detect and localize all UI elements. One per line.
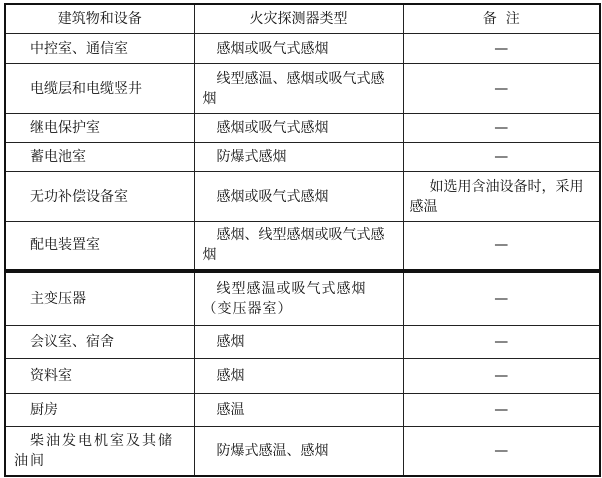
table-row: 电缆层和电缆竖井 线型感温、感烟或吸气式感烟 — xyxy=(5,64,600,114)
table-row: 柴油发电机室及其储油间 防爆式感温、感烟 — xyxy=(5,426,600,476)
table-row: 主变压器 线型感温或吸气式感烟（变压器室） — xyxy=(5,272,600,325)
cell-building: 会议室、宿舍 xyxy=(5,325,194,358)
cell-note: — xyxy=(403,426,600,476)
detector-table-part2: 主变压器 线型感温或吸气式感烟（变压器室） — 会议室、宿舍 感烟 — 资料室 … xyxy=(4,271,601,477)
cell-note: 如选用含油设备时，采用感温 xyxy=(403,172,600,222)
cell-detector: 线型感温、感烟或吸气式感烟 xyxy=(194,64,403,114)
cell-building: 主变压器 xyxy=(5,272,194,325)
cell-building: 电缆层和电缆竖井 xyxy=(5,64,194,114)
cell-building: 蓄电池室 xyxy=(5,143,194,172)
cell-detector: 感烟或吸气式感烟 xyxy=(194,114,403,143)
cell-note: — xyxy=(403,272,600,325)
cell-detector: 感烟、线型感烟或吸气式感烟 xyxy=(194,222,403,270)
cell-detector: 感烟或吸气式感烟 xyxy=(194,34,403,64)
cell-note: — xyxy=(403,143,600,172)
cell-detector: 感烟 xyxy=(194,325,403,358)
table-row: 配电装置室 感烟、线型感烟或吸气式感烟 — xyxy=(5,222,600,270)
cell-note: — xyxy=(403,358,600,393)
cell-building: 中控室、通信室 xyxy=(5,34,194,64)
table-row: 无功补偿设备室 感烟或吸气式感烟 如选用含油设备时，采用感温 xyxy=(5,172,600,222)
cell-detector: 防爆式感烟 xyxy=(194,143,403,172)
cell-note: — xyxy=(403,64,600,114)
cell-detector: 感烟 xyxy=(194,358,403,393)
cell-detector: 防爆式感温、感烟 xyxy=(194,426,403,476)
cell-building: 柴油发电机室及其储油间 xyxy=(5,426,194,476)
cell-building: 配电装置室 xyxy=(5,222,194,270)
table-row: 中控室、通信室 感烟或吸气式感烟 — xyxy=(5,34,600,64)
header-building: 建筑物和设备 xyxy=(5,4,194,34)
cell-note: — xyxy=(403,114,600,143)
cell-detector: 感温 xyxy=(194,393,403,426)
cell-note: — xyxy=(403,325,600,358)
cell-building: 无功补偿设备室 xyxy=(5,172,194,222)
cell-note: — xyxy=(403,393,600,426)
table-row: 厨房 感温 — xyxy=(5,393,600,426)
cell-detector: 线型感温或吸气式感烟（变压器室） xyxy=(194,272,403,325)
header-note: 备 注 xyxy=(403,4,600,34)
table-row: 会议室、宿舍 感烟 — xyxy=(5,325,600,358)
cell-detector: 感烟或吸气式感烟 xyxy=(194,172,403,222)
table-header-row: 建筑物和设备 火灾探测器类型 备 注 xyxy=(5,4,600,34)
cell-note: — xyxy=(403,34,600,64)
detector-table-part1: 建筑物和设备 火灾探测器类型 备 注 中控室、通信室 感烟或吸气式感烟 — 电缆… xyxy=(4,3,601,271)
table-row: 蓄电池室 防爆式感烟 — xyxy=(5,143,600,172)
cell-note: — xyxy=(403,222,600,270)
table-row: 资料室 感烟 — xyxy=(5,358,600,393)
table-row: 继电保护室 感烟或吸气式感烟 — xyxy=(5,114,600,143)
cell-building: 资料室 xyxy=(5,358,194,393)
header-detector-type: 火灾探测器类型 xyxy=(194,4,403,34)
cell-building: 厨房 xyxy=(5,393,194,426)
cell-building: 继电保护室 xyxy=(5,114,194,143)
